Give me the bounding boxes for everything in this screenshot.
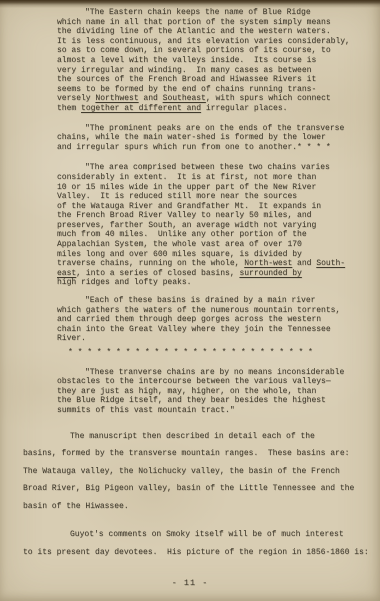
text-line: "These tranverse chains are by no means … — [57, 368, 380, 378]
text-segment: considerably in extent. It is at first, … — [57, 173, 316, 182]
text-segment: , with spurs which connect — [206, 94, 331, 103]
text-segment: to its present day devotees. His picture… — [23, 548, 369, 557]
text-line: "The Eastern chain keeps the name of Blu… — [57, 8, 380, 18]
text-line: Appalachian System, the whole vast area … — [57, 240, 380, 250]
text-line: River. — [57, 334, 380, 344]
text-segment: The manuscript then described in detail … — [70, 432, 315, 441]
text-segment: they are just as high, may, higher, on t… — [57, 387, 316, 396]
text-line: the French Broad River Valley to nearly … — [57, 211, 380, 221]
underlined-text: South- — [316, 259, 345, 268]
text-segment: of the Watauga River and Grandfather Mt.… — [57, 202, 321, 211]
text-segment: obstacles to the intercourse between the… — [57, 377, 331, 386]
underlined-text: together at different and — [81, 104, 201, 113]
text-line: "The prominent peaks are on the ends of … — [57, 124, 380, 134]
text-segment: "Each of these basins is drained by a ma… — [85, 296, 315, 305]
text-segment: much from 40 miles. Unlike any other por… — [57, 230, 307, 239]
text-line: versely Northwest and Southeast, with sp… — [57, 94, 380, 104]
text-segment: River. — [57, 334, 86, 343]
underlined-text: surrounded by — [239, 269, 301, 278]
text-line: the Blue Ridge itself, and they bear bes… — [57, 396, 380, 406]
text-segment: chain into the Great Valley where they j… — [57, 325, 331, 334]
text-line: Broad River, Big Pigeon valley, basin of… — [23, 480, 380, 498]
text-segment: the Blue Ridge itself, and they bear bes… — [57, 396, 326, 405]
text-segment: The Watauga valley, the Nolichucky valle… — [23, 467, 340, 476]
text-line: chain into the Great Valley where they j… — [57, 325, 380, 335]
text-segment: very irregular and winding. In many case… — [57, 66, 311, 75]
text-line: and carried them through deep gorges acr… — [57, 315, 380, 325]
text-line: preserves, farther South, an average wid… — [57, 221, 380, 231]
text-line: they are just as high, may, higher, on t… — [57, 387, 380, 397]
text-line: 10 or 15 miles wide in the upper part of… — [57, 183, 380, 193]
text-segment: and — [292, 259, 316, 268]
text-segment: "The prominent peaks are on the ends of … — [85, 124, 344, 133]
text-segment: "The Eastern chain keeps the name of Blu… — [85, 8, 311, 17]
text-line: them together at different and irregular… — [57, 104, 380, 114]
underlined-text: east — [57, 269, 76, 278]
text-line: which gathers the waters of the numerous… — [57, 306, 380, 316]
quoted-paragraph-prominent-peaks: "The prominent peaks are on the ends of … — [57, 124, 380, 153]
text-line: of the Watauga River and Grandfather Mt.… — [57, 202, 380, 212]
text-segment: irregular places. — [201, 104, 287, 113]
text-segment: almost a level with the valleys inside. … — [57, 56, 316, 65]
text-line: summits of this vast mountain tract." — [57, 406, 380, 416]
text-segment: the sources of the French Broad and Hiwa… — [57, 75, 316, 84]
text-line: seems to be formed by the end of chains … — [57, 85, 380, 95]
text-line: the dividing line of the Atlantic and th… — [57, 27, 380, 37]
text-segment: which gathers the waters of the numerous… — [57, 306, 340, 315]
text-line: the sources of the French Broad and Hiwa… — [57, 75, 380, 85]
text-line: to its present day devotees. His picture… — [23, 544, 380, 562]
text-segment: Valley. It is reduced still more near th… — [57, 192, 297, 201]
text-line: Guyot's comments on Smoky itself will be… — [23, 526, 380, 544]
text-line: and irregular spurs which run from one t… — [57, 143, 380, 153]
text-line: considerably in extent. It is at first, … — [57, 173, 380, 183]
text-line: obstacles to the intercourse between the… — [57, 377, 380, 387]
text-line: basin of the Hiwassee. — [23, 498, 380, 516]
text-segment: the French Broad River Valley to nearly … — [57, 211, 311, 220]
text-segment: versely — [57, 94, 95, 103]
text-line: basins, formed by the transverse mountai… — [23, 445, 380, 463]
quoted-paragraph-eastern-chain: "The Eastern chain keeps the name of Blu… — [57, 8, 380, 114]
text-segment: traverse chains, running on the whole, — [57, 259, 244, 268]
text-segment: summits of this vast mountain tract." — [57, 406, 235, 415]
text-line: chains, while the main water-shed is for… — [57, 133, 380, 143]
text-line: It is less continuous, and its elevation… — [57, 37, 380, 47]
page-number: - 11 - — [0, 578, 380, 588]
text-segment: 10 or 15 miles wide in the upper part of… — [57, 183, 316, 192]
underlined-text: Northwest — [95, 94, 138, 103]
text-segment: Broad River, Big Pigeon valley, basin of… — [23, 484, 354, 493]
text-segment: which name in all that portion of the sy… — [57, 18, 331, 27]
text-segment: "These tranverse chains are by no means … — [85, 368, 344, 377]
text-line: traverse chains, running on the whole, N… — [57, 259, 380, 269]
text-line: The Watauga valley, the Nolichucky valle… — [23, 463, 380, 481]
manuscript-page-body: "The Eastern chain keeps the name of Blu… — [0, 8, 380, 561]
text-segment: It is less continuous, and its elevation… — [57, 37, 350, 46]
text-line: which name in all that portion of the sy… — [57, 18, 380, 28]
quoted-paragraph-transverse-chains: "These tranverse chains are by no means … — [57, 368, 380, 416]
text-segment: preserves, farther South, an average wid… — [57, 221, 316, 230]
text-line: so as to come down, in several portions … — [57, 46, 380, 56]
text-segment: and irregular spurs which run from one t… — [57, 143, 331, 152]
text-segment: chains, while the main water-shed is for… — [57, 133, 326, 142]
text-segment: seems to be formed by the end of chains … — [57, 85, 316, 94]
text-line: "Each of these basins is drained by a ma… — [57, 296, 380, 306]
text-line: miles long and over 600 miles square, is… — [57, 250, 380, 260]
underlined-text: Southeast — [163, 94, 206, 103]
text-segment: them — [57, 104, 81, 113]
text-segment: so as to come down, in several portions … — [57, 46, 331, 55]
text-line: east, into a series of closed basins, su… — [57, 269, 380, 279]
text-segment: the dividing line of the Atlantic and th… — [57, 27, 331, 36]
scan-top-edge — [0, 0, 380, 8]
text-segment: and — [139, 94, 163, 103]
text-line: very irregular and winding. In many case… — [57, 66, 380, 76]
paragraph-guyot-comments: Guyot's comments on Smoky itself will be… — [23, 526, 380, 561]
text-line: high ridges and lofty peaks. — [57, 278, 380, 288]
text-segment: "The area comprised between these two ch… — [85, 163, 330, 172]
text-segment: Guyot's comments on Smoky itself will be… — [70, 530, 344, 539]
text-line: "The area comprised between these two ch… — [57, 163, 380, 173]
text-line: much from 40 miles. Unlike any other por… — [57, 230, 380, 240]
text-segment: miles long and over 600 miles square, is… — [57, 250, 302, 259]
quoted-paragraph-area-comprised: "The area comprised between these two ch… — [57, 163, 380, 288]
text-line: Valley. It is reduced still more near th… — [57, 192, 380, 202]
text-segment: basins, formed by the transverse mountai… — [23, 449, 349, 458]
text-segment: Appalachian System, the whole vast area … — [57, 240, 302, 249]
text-segment: , into a series of closed basins, — [76, 269, 239, 278]
text-segment: and carried them through deep gorges acr… — [57, 315, 321, 324]
text-segment: basin of the Hiwassee. — [23, 502, 129, 511]
text-line: The manuscript then described in detail … — [23, 428, 380, 446]
asterisk-separator: * * * * * * * * * * * * * * * * * * * * … — [68, 348, 380, 358]
text-line: almost a level with the valleys inside. … — [57, 56, 380, 66]
paragraph-manuscript-basins: The manuscript then described in detail … — [23, 428, 380, 516]
text-segment: high ridges and lofty peaks. — [57, 278, 191, 287]
underlined-text: North-west — [244, 259, 292, 268]
quoted-paragraph-basins-drained: "Each of these basins is drained by a ma… — [57, 296, 380, 344]
